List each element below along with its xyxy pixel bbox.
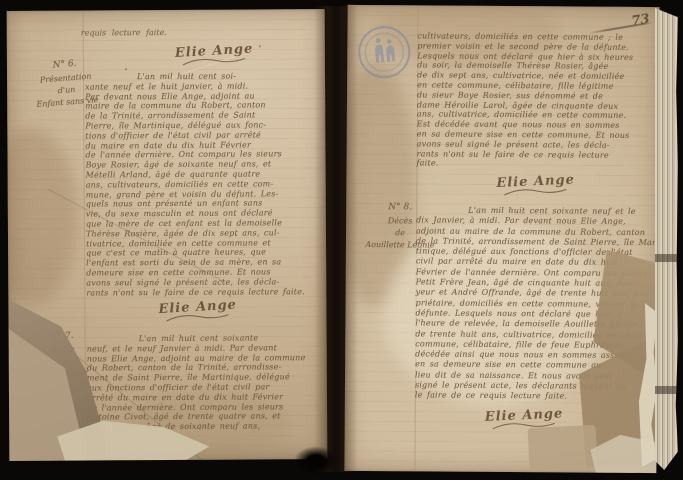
right-page: 73 cultivateurs, domiciliés en cette com…	[344, 5, 659, 473]
page-edge-gap	[655, 386, 678, 394]
entry-7-continuation: cultivateurs, domiciliés en cette commun…	[416, 31, 633, 170]
ink-speck	[125, 68, 127, 70]
page-number: 73	[631, 12, 651, 29]
signature-elie-ange: Elie Ange	[158, 300, 237, 325]
handwritten-line: rants n'ont su le faire de ce requis lec…	[86, 287, 305, 298]
handwritten-line: Thérèse Rosière, âgée de dix sept ans, c…	[86, 228, 305, 239]
signature-elie-ange: Elie Ange	[175, 43, 254, 68]
gutter-shadow	[294, 446, 338, 476]
book-fore-edge	[655, 8, 678, 470]
handwritten-line: mune, grand père et voisin du défunt. Le…	[86, 189, 305, 200]
handwritten-line: faite.	[416, 159, 632, 170]
handwritten-line: l'enfant est sorti du sein de sa mère, e…	[86, 257, 305, 268]
ink-speck	[259, 45, 261, 47]
book-gutter	[314, 6, 358, 472]
entry-6-body: L'an mil huit cent soi-xante neuf et le …	[85, 71, 305, 298]
repair-patch	[528, 425, 598, 472]
handwritten-line: Antoine Civot, âgé de trente quatre ans,…	[87, 412, 306, 423]
entry-7-body: L'an mil huit cent soixanteneuf, et le n…	[87, 333, 306, 432]
left-page: requis lecture faite. Elie Ange N° 6.Pré…	[7, 9, 328, 461]
handwritten-line: Boye Rosier, âgé de soixante neuf ans, e…	[86, 159, 305, 170]
scanned-register-spread: requis lecture faite. Elie Ange N° 6.Pré…	[0, 0, 683, 480]
signature-elie-ange: Elie Ange	[496, 174, 575, 200]
blue-ink-stamp	[355, 23, 414, 82]
handwritten-line: rants n'ont su le faire de ce requis lec…	[417, 149, 633, 160]
closing-line: requis lecture faite.	[81, 28, 167, 38]
page-edge-gap	[655, 254, 678, 262]
handwritten-line: ment de Saint Pierre, île Martinique, dé…	[87, 372, 306, 383]
